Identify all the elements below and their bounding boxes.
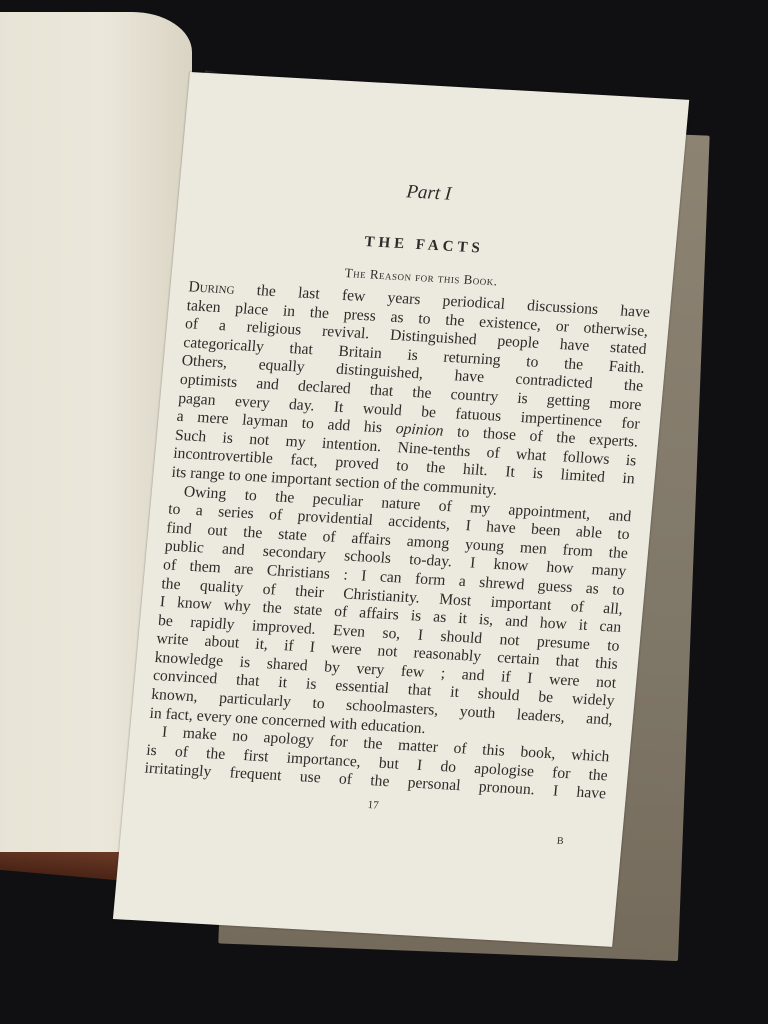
- photo-scene: Part I THE FACTS The Reason for this Boo…: [0, 0, 768, 1024]
- body-paragraphs: During the last few years periodical dis…: [144, 278, 651, 804]
- part-title: Part I: [197, 170, 660, 218]
- right-page: Part I THE FACTS The Reason for this Boo…: [113, 72, 689, 947]
- signature-mark: B: [556, 836, 564, 847]
- emphasized-word: opinion: [395, 420, 444, 440]
- page-text-block: Part I THE FACTS The Reason for this Boo…: [131, 73, 669, 946]
- drop-lead-word: During: [188, 278, 258, 299]
